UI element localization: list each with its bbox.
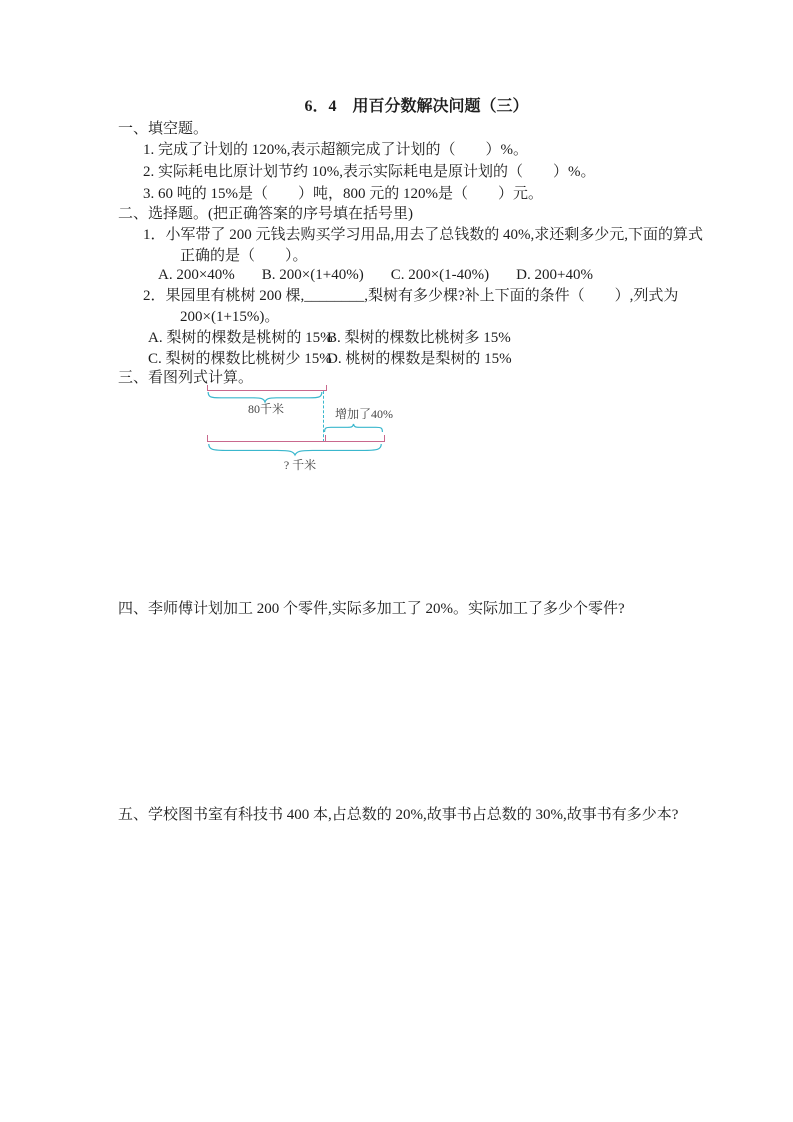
choice-q2-line1: 2．果园里有桃树 200 棵,________,梨树有多少棵?补上下面的条件（ … [143,288,678,305]
choice-q2-option-a: A. 梨树的棵数是桃树的 15% [148,330,327,346]
choice-q2-line2: 200×(1+15%)。 [180,309,279,326]
choice-q2-option-d: D. 桃树的棵数是梨树的 15% [327,351,512,367]
choice-q1-option-b: B. 200×(1+40%) [262,267,364,284]
total-length-label: ? 千米 [258,458,342,472]
section-five-heading: 五、学校图书室有科技书 400 本,占总数的 20%,故事书占总数的 30%,故… [118,807,678,824]
choice-q2-options: A. 梨树的棵数是桃树的 15% B. 梨树的棵数比桃树多 15% C. 梨树的… [148,330,512,367]
fill-blank-item-3: 3. 60 吨的 15%是（ ）吨，800 元的 120%是（ ）元。 [143,186,543,203]
choice-q1-line1: 1．小军带了 200 元钱去购买学习用品,用去了总钱数的 40%,求还剩多少元,… [143,227,703,244]
bottom-brace-icon [207,444,383,455]
page-title: 6．4 用百分数解决问题（三） [20,93,793,116]
increase-brace-icon [324,424,383,432]
choice-q1-options: A. 200×40% B. 200×(1+40%) C. 200×(1-40%)… [158,267,593,284]
section-two-heading: 二、选择题。(把正确答案的序号填在括号里) [118,206,413,223]
top-segment-bar [207,385,327,391]
choice-q1-option-d: D. 200+40% [516,267,593,284]
segment-divider-tick [325,435,326,441]
increase-label: 增加了40% [320,407,408,421]
section-one-heading: 一、填空题。 [118,121,208,138]
bar-diagram: 80千米 增加了40% ? 千米 [205,382,405,482]
choice-q2-option-c: C. 梨树的棵数比桃树少 15% [148,351,327,367]
choice-q1-line2: 正确的是（ ）。 [180,248,308,265]
top-length-label: 80千米 [224,402,308,416]
fill-blank-item-1: 1. 完成了计划的 120%,表示超额完成了计划的（ ）%。 [143,142,528,159]
top-brace-icon [207,392,323,402]
worksheet-page: 6．4 用百分数解决问题（三） 一、填空题。 1. 完成了计划的 120%,表示… [0,0,793,1122]
choice-q1-option-c: C. 200×(1-40%) [391,267,489,284]
section-four-heading: 四、李师傅计划加工 200 个零件,实际多加工了 20%。实际加工了多少个零件? [118,601,625,618]
choice-q1-option-a: A. 200×40% [158,267,235,284]
choice-q2-option-b: B. 梨树的棵数比桃树多 15% [327,330,512,346]
bottom-segment-bar [207,435,385,442]
fill-blank-item-2: 2. 实际耗电比原计划节约 10%,表示实际耗电是原计划的（ ）%。 [143,164,596,181]
